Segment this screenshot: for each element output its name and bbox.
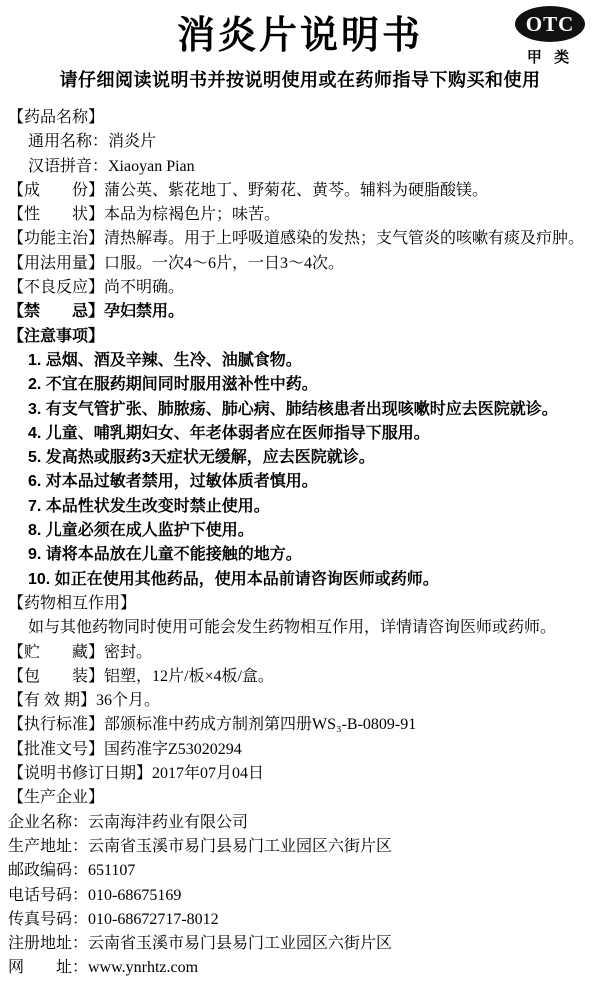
document-line: 【禁 忌】孕妇禁用。: [8, 300, 594, 324]
document-line: 网 址：www.ynrhtz.com: [8, 956, 594, 980]
document-line: 传真号码：010-68672717-8012: [8, 908, 594, 932]
document-line: 10. 如正在使用其他药品，使用本品前请咨询医师或药师。: [8, 568, 594, 592]
document-line: 【成 份】蒲公英、紫花地丁、野菊花、黄芩。辅料为硬脂酸镁。: [8, 179, 594, 203]
document-line: 3. 有支气管扩张、肺脓疡、肺心病、肺结核患者出现咳嗽时应去医院就诊。: [8, 398, 594, 422]
document-line: 企业名称：云南海沣药业有限公司: [8, 811, 594, 835]
document-line: 【用法用量】口服。一次4～6片，一日3～4次。: [8, 252, 594, 276]
document-line: 【说明书修订日期】2017年07月04日: [8, 762, 594, 786]
document-line: 汉语拼音：Xiaoyan Pian: [8, 155, 594, 179]
document-line: 6. 对本品过敏者禁用，过敏体质者慎用。: [8, 470, 594, 494]
document-line: 电话号码：010-68675169: [8, 884, 594, 908]
document-line: 4. 儿童、哺乳期妇女、年老体弱者应在医师指导下服用。: [8, 422, 594, 446]
document-line: 【功能主治】清热解毒。用于上呼吸道感染的发热；支气管炎的咳嗽有痰及疖肿。: [8, 227, 594, 251]
document-line: 【执行标准】部颁标准中药成方制剂第四册WS₃-B-0809-91: [8, 713, 594, 737]
leaflet-header: 消炎片说明书 OTC 甲 类 请仔细阅读说明书并按说明使用或在药师指导下购买和使…: [0, 0, 600, 92]
document-line: 如与其他药物同时使用可能会发生药物相互作用，详情请咨询医师或药师。: [8, 616, 594, 640]
document-line: 【性 状】本品为棕褐色片；味苦。: [8, 203, 594, 227]
document-line: 【注意事项】: [8, 325, 594, 349]
document-line: 【贮 藏】密封。: [8, 641, 594, 665]
document-line: 7. 本品性状发生改变时禁止使用。: [8, 495, 594, 519]
document-line: 【不良反应】尚不明确。: [8, 276, 594, 300]
document-line: 【有 效 期】36个月。: [8, 689, 594, 713]
leaflet-subtitle: 请仔细阅读说明书并按说明使用或在药师指导下购买和使用: [0, 66, 600, 92]
document-line: 邮政编码：651107: [8, 859, 594, 883]
document-line: 5. 发高热或服药3天症状无缓解，应去医院就诊。: [8, 446, 594, 470]
page-title: 消炎片说明书: [0, 12, 600, 60]
document-line: 2. 不宜在服药期间同时服用滋补性中药。: [8, 373, 594, 397]
document-line: 【药品名称】: [8, 106, 594, 130]
document-body: 【药品名称】通用名称：消炎片汉语拼音：Xiaoyan Pian【成 份】蒲公英、…: [0, 106, 600, 981]
document-line: 【生产企业】: [8, 786, 594, 810]
drug-leaflet: 消炎片说明书 OTC 甲 类 请仔细阅读说明书并按说明使用或在药师指导下购买和使…: [0, 0, 600, 995]
otc-oval-icon: OTC: [515, 6, 585, 42]
document-line: 【批准文号】国药准字Z53020294: [8, 738, 594, 762]
document-line: 注册地址：云南省玉溪市易门县易门工业园区六街片区: [8, 932, 594, 956]
document-line: 【包 装】铝塑，12片/板×4板/盒。: [8, 665, 594, 689]
document-line: 生产地址：云南省玉溪市易门县易门工业园区六街片区: [8, 835, 594, 859]
document-line: 【药物相互作用】: [8, 592, 594, 616]
otc-class-label: 甲 类: [512, 46, 588, 67]
document-line: 8. 儿童必须在成人监护下使用。: [8, 519, 594, 543]
otc-badge: OTC 甲 类: [512, 6, 588, 67]
document-line: 9. 请将本品放在儿童不能接触的地方。: [8, 543, 594, 567]
document-line: 通用名称：消炎片: [8, 130, 594, 154]
document-line: 1. 忌烟、酒及辛辣、生冷、油腻食物。: [8, 349, 594, 373]
